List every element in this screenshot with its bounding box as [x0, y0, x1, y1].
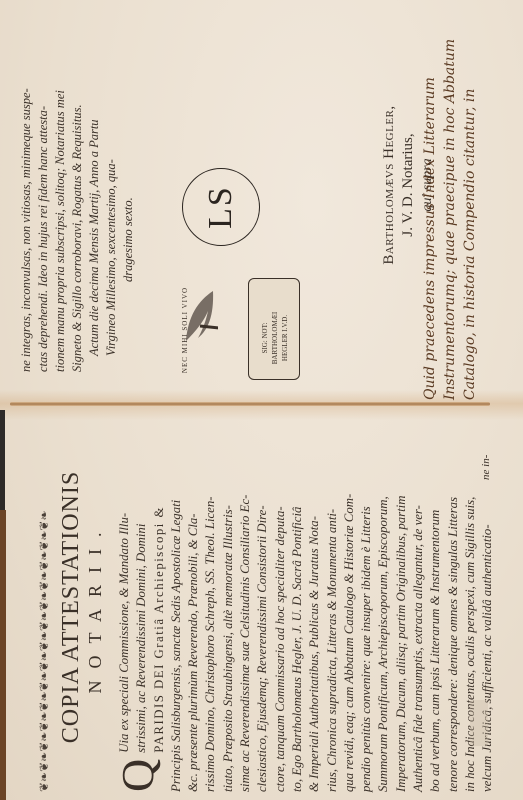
body-line: Summorum Pontificum, Archiepiscoporum, E… [375, 422, 392, 792]
page-title: COPIA ATTESTATIONIS [58, 422, 84, 792]
decorative-ornament-band: ❦❧❦❧❦❧❦❧❦❧❦❧❦❧❦❧❦❧❦❧❦❧❦❧❦❧❦❧ [36, 422, 52, 792]
plaque-line: HEGLER I.V.D. [280, 290, 290, 386]
text-line: Signeto & Sigillo corroboravi, Rogatus &… [69, 32, 86, 372]
handwritten-line: Quid praecedens impressus Index Litterar… [420, 0, 440, 400]
drop-capital: Q [118, 759, 158, 792]
seal-label: LS [183, 169, 259, 245]
text-line: tionem manu propria subscripsi, solitoq;… [52, 32, 69, 372]
text-line: dragesimo sexto. [120, 32, 137, 372]
text-line: Actum die decima Mensis Martij, Anno a P… [86, 32, 103, 372]
wing-icon [178, 286, 218, 346]
body-line: rissimo Domino, Christophoro Schreph, SS… [202, 422, 219, 792]
body-line: & Imperiali Authoritatibus, Publicus & J… [306, 422, 323, 792]
text-line: ne integras, inconvulsas, non vitiosas, … [18, 32, 35, 372]
attestation-page: ❦❧❦❧❦❧❦❧❦❧❦❧❦❧❦❧❦❧❦❧❦❧❦❧❦❧❦❧ COPIA ATTES… [36, 422, 497, 792]
faint-library-stamp [470, 700, 488, 746]
signet-plaque: SIG: NOT: BARTHOLOMÆI HEGLER I.V.D. [248, 278, 300, 380]
attestation-closing-text: ne integras, inconvulsas, non vitiosas, … [18, 32, 137, 372]
body-line: to, Ego Bartholomæus Hegler, J. U. D. Sa… [289, 422, 306, 792]
body-line: tenore correspondere: denique omnes & si… [445, 422, 462, 792]
body-line: simæ ac Reverendissimæ suæ Celsitudinis … [237, 422, 254, 792]
handwritten-annotation: Quid praecedens impressus Index Litterar… [420, 0, 480, 400]
body-line: &c. præsente plurimùm Reverendo, Prænobi… [185, 422, 202, 792]
body-line: strissimi, ac Reverendissimi Domini, Dom… [133, 422, 150, 792]
text-line: ctas deprehendi. Ideo in hujus rei fidem… [35, 32, 52, 372]
plaque-line: SIG: NOT: [260, 290, 270, 386]
notary-name: Bartholomævs Hegler, [380, 25, 399, 345]
body-line: ctore, tanquam Commissario ad hoc specia… [272, 422, 289, 792]
body-line: Imperatorum, Ducum, aliisq; partim Origi… [393, 422, 410, 792]
handwritten-line: Catalogo, in historia Compendio citantur… [460, 0, 480, 400]
body-line: clesiastico, Ejusdemq; Reverendissimi Co… [254, 422, 271, 792]
body-line: Authenticâ fide transumptis, extracta al… [410, 422, 427, 792]
body-line: Principis Salisburgensis, sanctæ Sedis A… [168, 422, 185, 792]
handwritten-line: Instrumentorumq; quae praecipue in hoc A… [440, 0, 460, 400]
binding-edge [0, 510, 6, 800]
text-line: Virgineo Millesimo, sexcentesimo, qua- [103, 32, 120, 372]
body-line: tiato, Præposito Straubingensi, altè mem… [220, 422, 237, 792]
attestation-body: Q Uia ex speciali Commissione, & Mandato… [116, 422, 497, 792]
body-line: qua revidi, eaq; cum Abbatum Catalogo & … [341, 422, 358, 792]
book-gutter [10, 402, 490, 406]
page-subtitle: NOTARII. [84, 422, 106, 792]
body-line: rius, Chronica supradicta, Litteras & Mo… [324, 422, 341, 792]
binding-edge-dark [0, 410, 5, 510]
body-line: pendio penitùs convenire: quæ insuper ib… [358, 422, 375, 792]
notary-signet-emblem: NEC MIHI SOLI VIVO SIG: NOT: BARTHOLOMÆI… [148, 268, 298, 388]
body-line: bo ad verbum, cum ipsis Litterarum & Ins… [427, 422, 444, 792]
locus-sigilli-seal: LS [182, 168, 260, 246]
body-line: Uia ex speciali Commissione, & Mandato I… [116, 422, 133, 792]
plaque-line: BARTHOLOMÆI [270, 290, 280, 386]
body-line: PARIDIS DEI Gratiâ Archiepiscopi & [151, 422, 168, 792]
catchword: ne in- [480, 455, 492, 480]
notary-title: J. V. D. Notarius, [399, 25, 418, 345]
